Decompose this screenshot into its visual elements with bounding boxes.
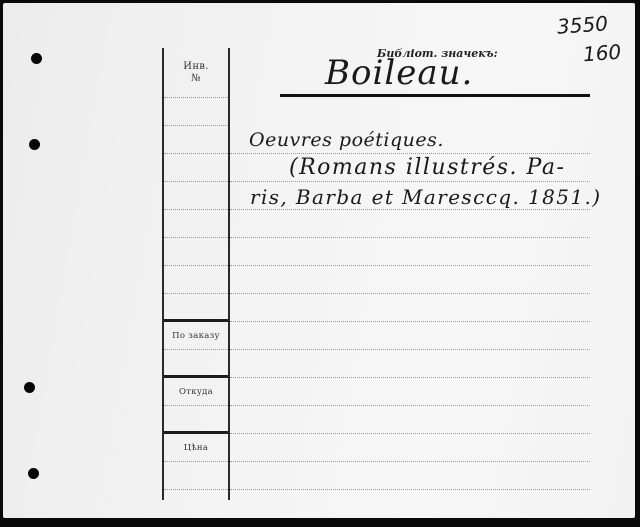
column-rule [164,209,228,210]
entry-rule [230,433,590,434]
author-underline [280,94,590,97]
entry-rule [230,349,590,350]
entry-rule [230,181,590,182]
punch-hole [28,468,39,479]
column-rule [164,265,228,266]
entry-line-1: Oeuvres poétiques. [249,129,444,151]
entry-rule [230,293,590,294]
inventory-label: Инв. [164,61,228,72]
entry-rule [230,489,590,490]
column-rule [164,405,228,406]
column-rule [164,461,228,462]
number-sign: № [164,73,228,84]
entry-rule [230,321,590,322]
source-label: Откуда [164,387,228,397]
column-rule [164,125,228,126]
entry-rule [230,377,590,378]
section-separator [164,375,230,378]
price-label: Цѣна [164,443,228,453]
column-rule [164,97,228,98]
punch-hole [31,53,42,64]
entry-line-2: (Romans illustrés. Pa- [289,155,565,180]
call-number-secondary: 160 [582,40,622,67]
column-rule [164,293,228,294]
entry-rule [230,265,590,266]
author-name: Boileau. [325,53,473,93]
entry-rule [230,153,590,154]
column-rule [164,153,228,154]
call-number-primary: 3550 [556,11,608,38]
entry-rule [230,405,590,406]
section-separator [164,431,230,434]
entry-rule [230,209,590,210]
punch-hole [24,382,35,393]
entry-line-3: ris, Barba et Maresccq. 1851.) [250,185,601,209]
punch-hole [29,139,40,150]
column-rule [164,349,228,350]
column-rule [164,181,228,182]
column-rule [164,237,228,238]
order-label: По заказу [164,331,228,341]
catalog-card: Инв. № По заказу Откуда Цѣна Библіот. зн… [3,3,635,518]
entry-rule [230,461,590,462]
column-rule [164,489,228,490]
section-separator [164,319,230,322]
entry-rule [230,237,590,238]
